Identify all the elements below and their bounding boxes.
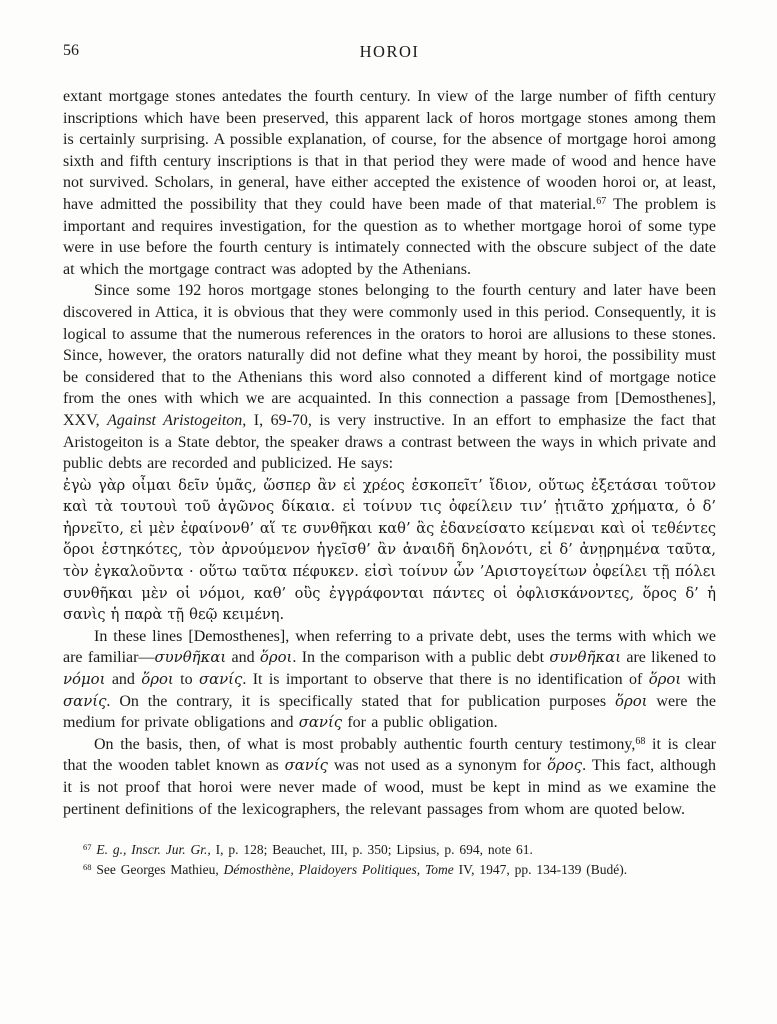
greek-run: σανίς (199, 670, 242, 688)
text-run: Since some 192 horos mortgage stones bel… (63, 282, 716, 429)
page-header: 56 HOROI (63, 42, 716, 62)
text-run: ἐγὼ γὰρ οἶμαι δεῖν ὑμᾶς, ὥσπερ ἂν εἰ χρέ… (63, 477, 716, 624)
text-run: . On the contrary, it is specifically st… (106, 693, 615, 710)
text-run: with (681, 671, 716, 688)
text-run: . In the comparison with a public debt (292, 649, 549, 666)
footnote-marker: 67 (83, 842, 92, 852)
greek-run: ὅροι (260, 648, 293, 666)
text-run: extant mortgage stones antedates the fou… (63, 88, 716, 213)
text-run: was not used as a synonym for (328, 757, 547, 774)
body-paragraph: In these lines [Demosthenes], when refer… (63, 626, 716, 734)
text-run: See Georges Mathieu, (92, 862, 224, 877)
body-paragraph: On the basis, then, of what is most prob… (63, 734, 716, 820)
text-run: for a public obligation. (342, 714, 497, 731)
footnote-item: 68 See Georges Mathieu, Démosthène, Plai… (63, 860, 716, 879)
text-run: are likened to (621, 649, 716, 666)
greek-run: σανίς (63, 692, 106, 710)
italic-run: Against Aristogeiton, (107, 412, 246, 429)
footnote-marker: 67 (596, 196, 606, 207)
text-run: I, p. 128; Beauchet, III, p. 350; Lipsiu… (211, 842, 533, 857)
greek-run: συνθῆκαι (549, 648, 621, 666)
text-run: and (105, 671, 141, 688)
greek-run: σανίς (285, 756, 328, 774)
greek-run: σανίς (299, 713, 342, 731)
italic-run: E. g., Inscr. Jur. Gr., (92, 842, 211, 857)
footnote-marker: 68 (83, 862, 92, 872)
page-number: 56 (63, 42, 79, 60)
body-paragraph: extant mortgage stones antedates the fou… (63, 86, 716, 280)
text-run: . It is important to observe that there … (242, 671, 648, 688)
body-paragraph: Since some 192 horos mortgage stones bel… (63, 280, 716, 474)
italic-run: Démosthène, Plaidoyers Politiques, Tome (224, 862, 454, 877)
page-body: extant mortgage stones antedates the fou… (63, 86, 716, 820)
greek-run: νόμοι (63, 670, 105, 688)
text-run: On the basis, then, of what is most prob… (94, 736, 635, 753)
footnote-item: 67 E. g., Inscr. Jur. Gr., I, p. 128; Be… (63, 840, 716, 859)
body-paragraph: ἐγὼ γὰρ οἶμαι δεῖν ὑμᾶς, ὥσπερ ἂν εἰ χρέ… (63, 475, 716, 626)
greek-run: ὅροι (615, 692, 648, 710)
footnote-marker: 68 (635, 736, 645, 747)
greek-run: ὅροι (141, 670, 174, 688)
greek-run: συνθῆκαι (154, 648, 226, 666)
greek-run: ὅρος (547, 756, 582, 774)
running-head: HOROI (63, 42, 716, 62)
greek-run: ὅροι (649, 670, 682, 688)
footnotes: 67 E. g., Inscr. Jur. Gr., I, p. 128; Be… (63, 840, 716, 879)
text-run: and (226, 649, 260, 666)
text-run: to (174, 671, 199, 688)
book-page: 56 HOROI extant mortgage stones antedate… (0, 0, 777, 1024)
text-run: IV, 1947, pp. 134-139 (Budé). (454, 862, 627, 877)
